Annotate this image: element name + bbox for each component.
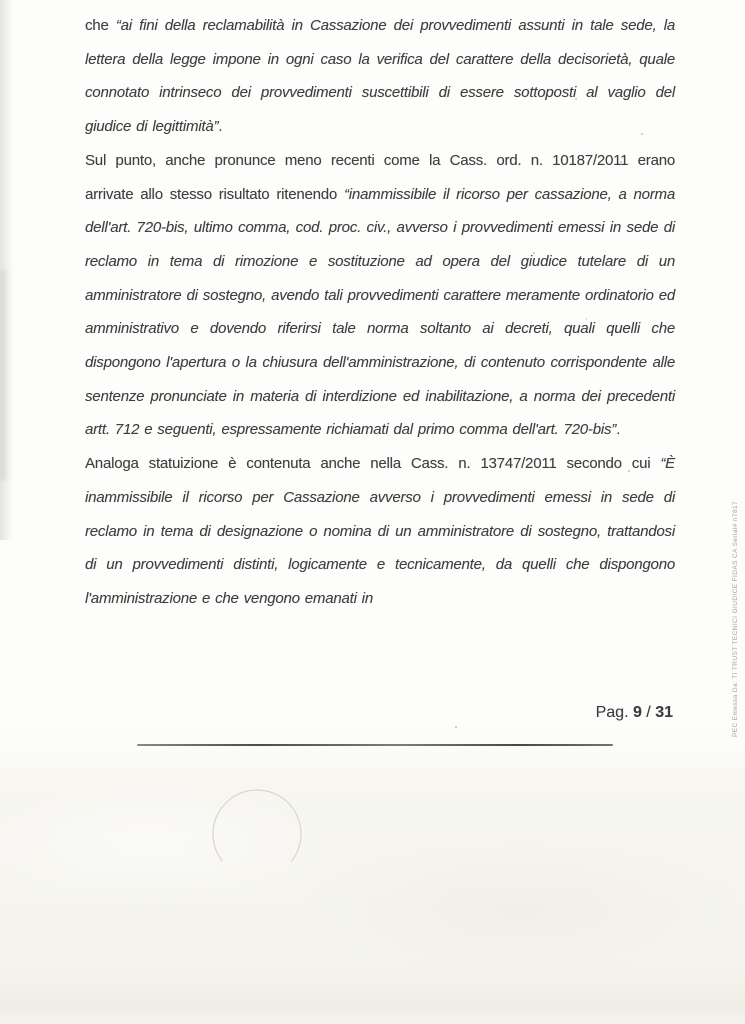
body-text: .: [218, 118, 222, 135]
text-block: che “ai fini della reclamabilità in Cass…: [85, 9, 675, 616]
paragraph: Analoga statuizione è contenuta anche ne…: [85, 447, 675, 616]
body-text: che: [85, 17, 116, 34]
scan-edge-smudge: [0, 270, 10, 480]
footer-label: Pag.: [596, 704, 633, 721]
scanned-document-page: che “ai fini della reclamabilità in Cass…: [0, 0, 745, 1024]
faint-circle-stamp-mark: [209, 786, 305, 882]
paragraph: che “ai fini della reclamabilità in Cass…: [85, 9, 675, 144]
body-text: Analoga statuizione è contenuta anche ne…: [85, 455, 660, 472]
footer-total-pages: 31: [655, 704, 673, 721]
backing-sheet: [0, 768, 745, 1024]
paper-sheet: che “ai fini della reclamabilità in Cass…: [0, 0, 745, 770]
scan-speck: [455, 726, 457, 728]
quoted-text: “inammissibile il ricorso per cassazione…: [85, 186, 675, 439]
quoted-text: “È inammissibile il ricorso per Cassazio…: [85, 455, 675, 607]
quoted-text: “ai fini della reclamabilità in Cassazio…: [85, 17, 675, 135]
footer-separator: /: [642, 704, 655, 721]
body-text: .: [616, 421, 620, 438]
page-footer: Pag. 9 / 31: [596, 704, 673, 722]
side-stamp-text: PEC Emessa Da: TI TRUST TECNICI GIUDICE …: [732, 437, 739, 737]
footer-page-number: 9: [633, 704, 642, 721]
footer-rule: [137, 744, 613, 746]
paragraph: Sul punto, anche pronunce meno recenti c…: [85, 144, 675, 447]
